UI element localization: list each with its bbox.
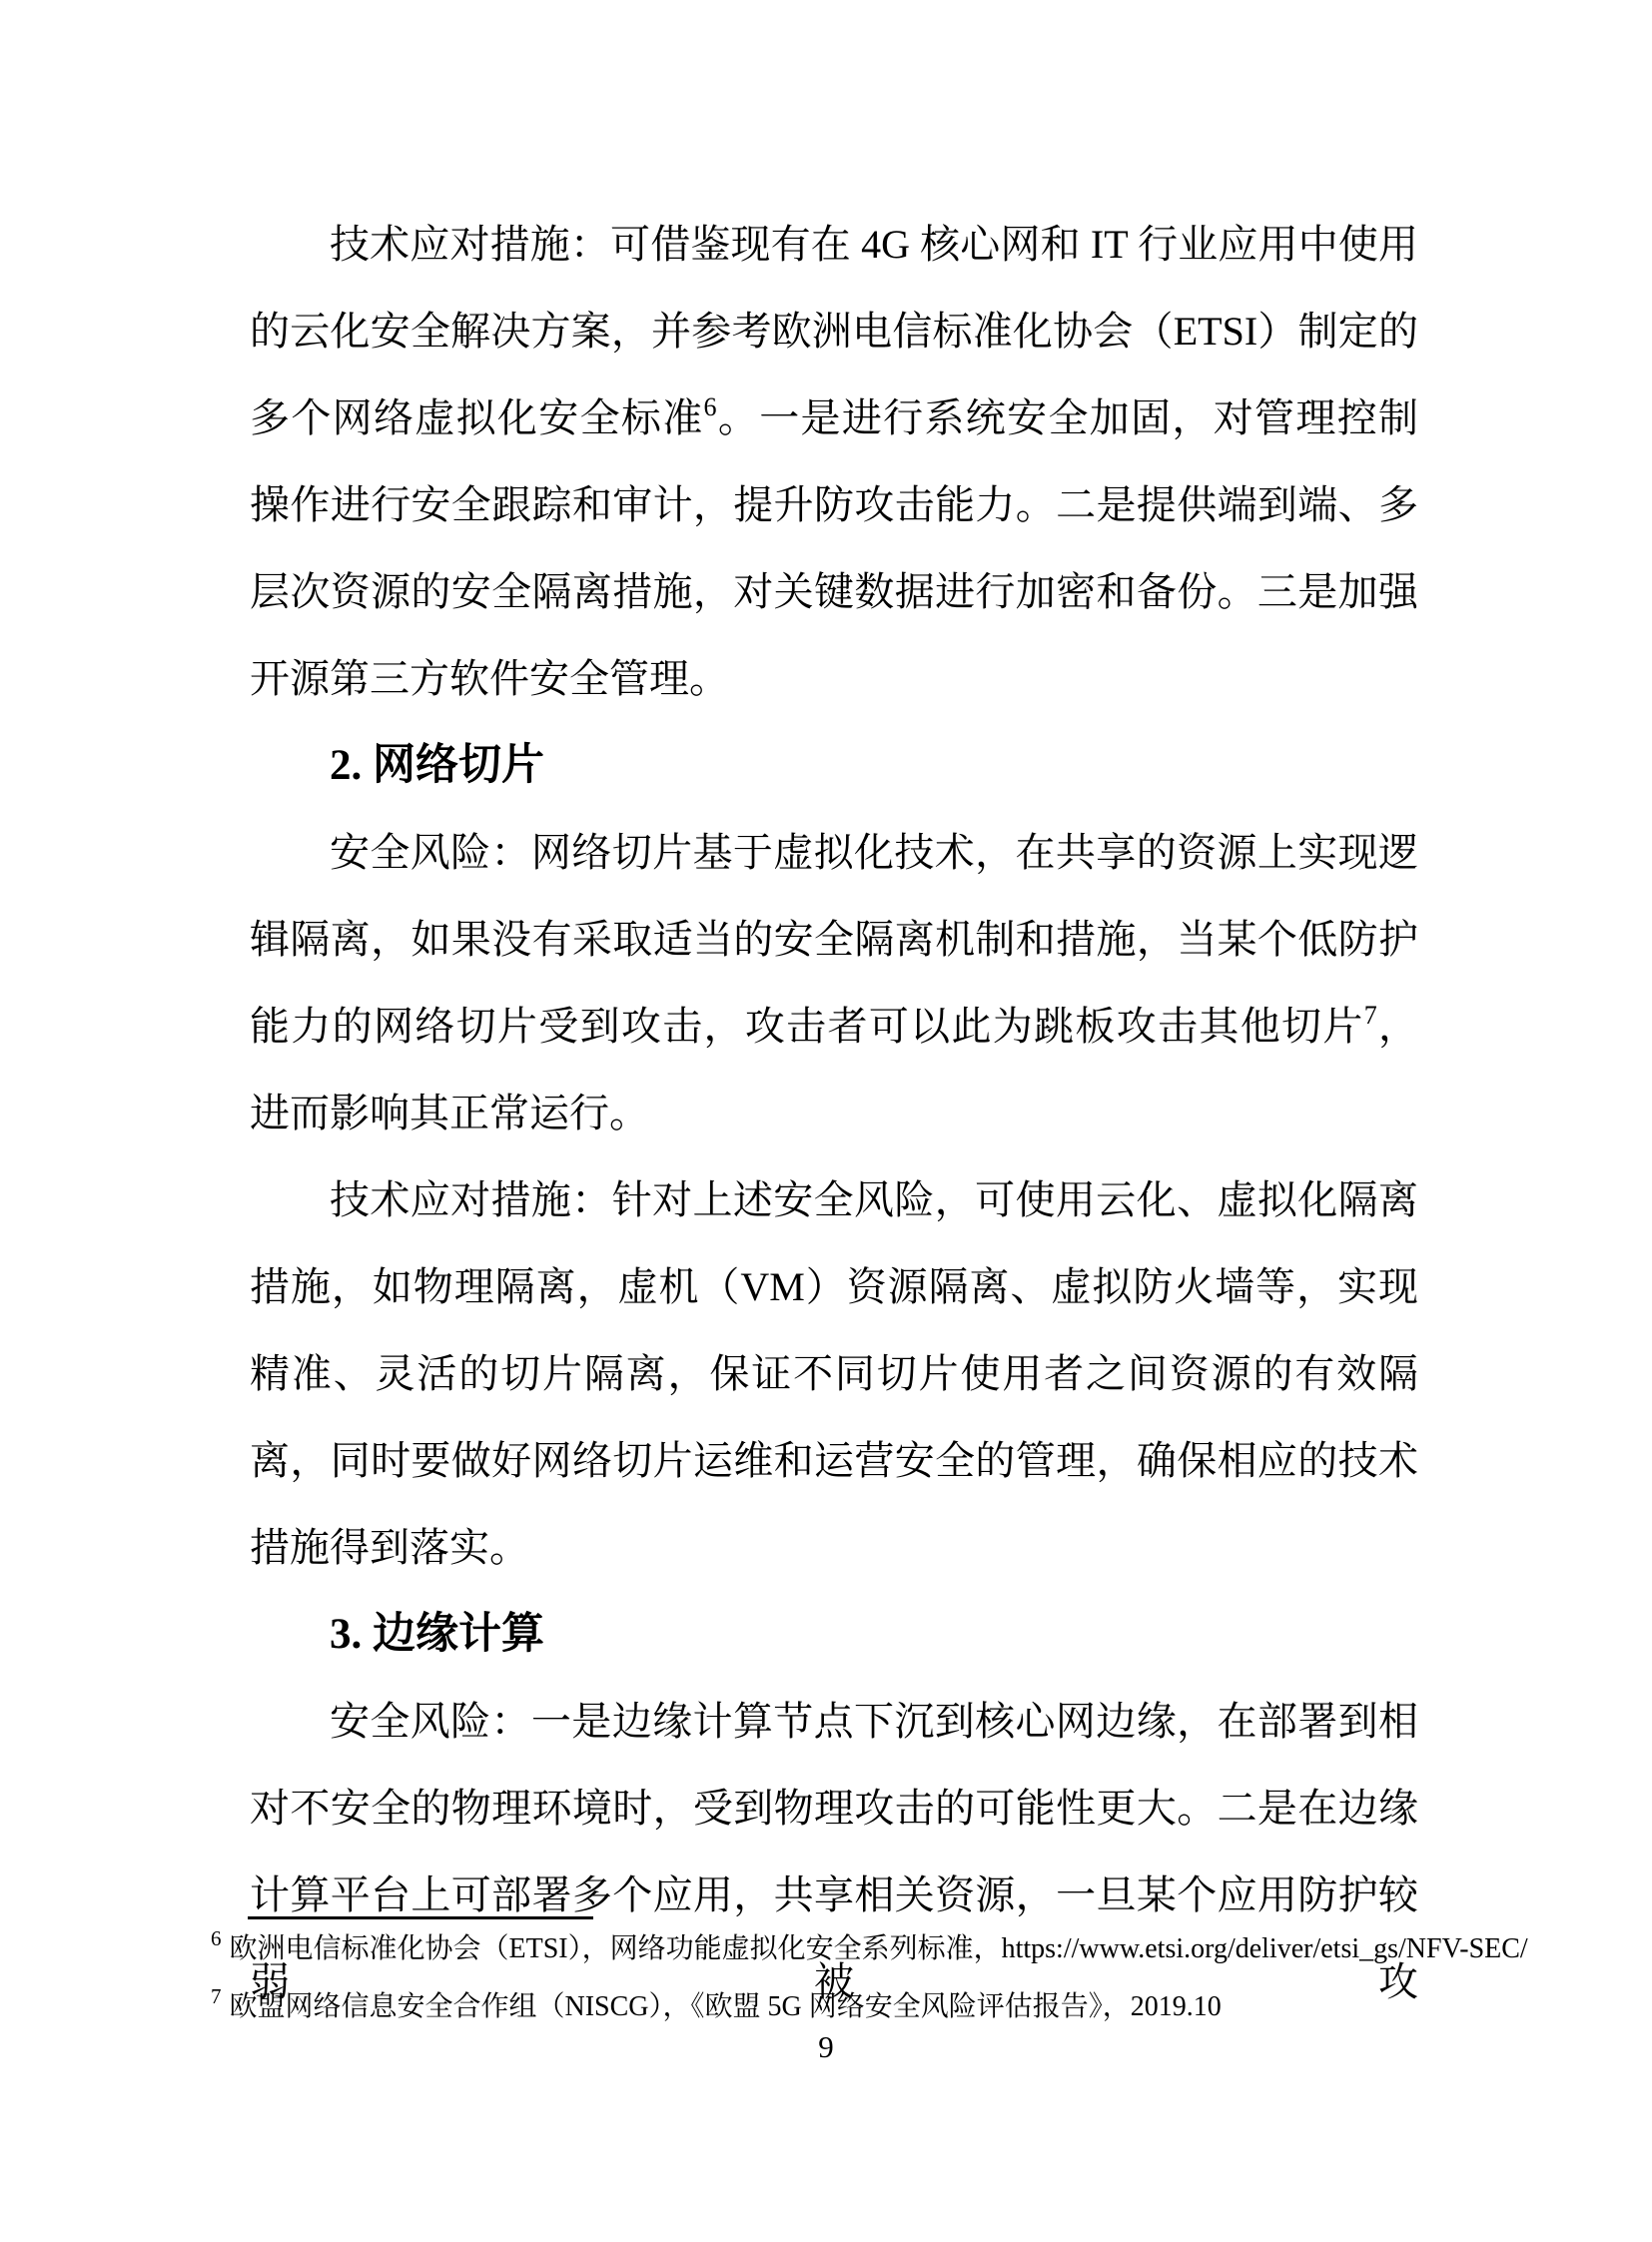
- paragraph-slicing-risk: 安全风险：网络切片基于虚拟化技术，在共享的资源上实现逻辑隔离，如果没有采取适当的…: [250, 809, 1418, 1156]
- paragraph-text: 。一是进行系统安全加固，对管理控制操作进行安全跟踪和审计，提升防攻击能力。二是提…: [250, 395, 1418, 701]
- footnote-ref-6: 6: [704, 392, 717, 421]
- footnote-marker-7: 7: [211, 1984, 222, 2008]
- document-page: 技术应对措施：可借鉴现有在 4G 核心网和 IT 行业应用中使用的云化安全解决方…: [0, 0, 1652, 2242]
- footnote-ref-7: 7: [1364, 1001, 1377, 1030]
- paragraph-slicing-measures: 技术应对措施：针对上述安全风险，可使用云化、虚拟化隔离措施，如物理隔离，虚机（V…: [250, 1156, 1418, 1591]
- page-body: 技术应对措施：可借鉴现有在 4G 核心网和 IT 行业应用中使用的云化安全解决方…: [250, 201, 1418, 2025]
- paragraph-virtualization-measures: 技术应对措施：可借鉴现有在 4G 核心网和 IT 行业应用中使用的云化安全解决方…: [250, 201, 1418, 722]
- footnote-marker-6: 6: [211, 1926, 222, 1950]
- section-heading-network-slicing: 2. 网络切片: [250, 722, 1418, 809]
- section-heading-edge-computing: 3. 边缘计算: [250, 1591, 1418, 1678]
- footnote-item-6: 6欧洲电信标准化协会（ETSI），网络功能虚拟化安全系列标准，https://w…: [211, 1920, 1549, 1978]
- page-number: 9: [0, 2025, 1652, 2069]
- footnotes-section: 6欧洲电信标准化协会（ETSI），网络功能虚拟化安全系列标准，https://w…: [211, 1916, 1549, 2036]
- paragraph-text: 安全风险：网络切片基于虚拟化技术，在共享的资源上实现逻辑隔离，如果没有采取适当的…: [250, 830, 1418, 1049]
- footnote-separator-line: [248, 1916, 593, 1919]
- footnote-text-7: 欧盟网络信息安全合作组（NISCG），《欧盟 5G 网络安全风险评估报告》，20…: [230, 1991, 1222, 2022]
- footnote-text-6: 欧洲电信标准化协会（ETSI），网络功能虚拟化安全系列标准，https://ww…: [230, 1933, 1528, 1964]
